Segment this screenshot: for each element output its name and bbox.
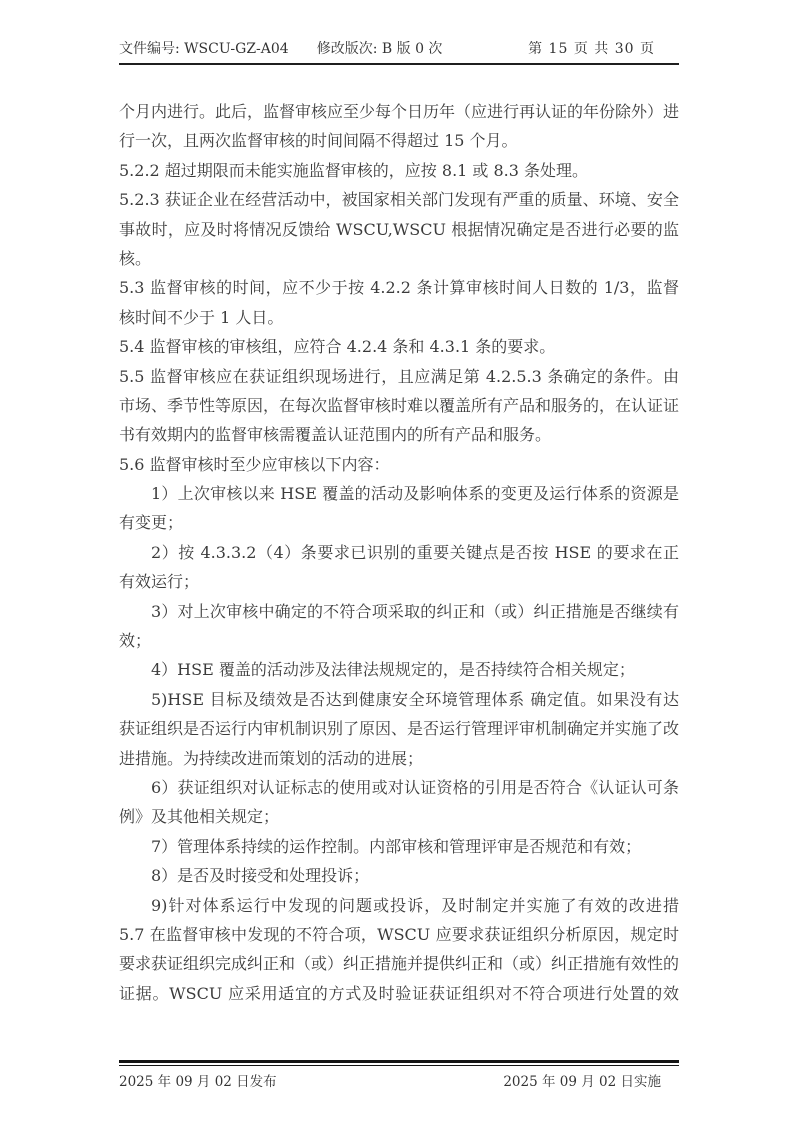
text-line: 获证组织是否运行内审机制识别了原因、是否运行管理评审机制确定并实施了改: [119, 714, 679, 743]
text-line: 8）是否及时接受和处理投诉；: [119, 861, 679, 890]
text-line: 5.3 监督审核的时间，应不少于按 4.2.2 条计算审核时间人日数的 1/3，…: [119, 273, 679, 302]
text-line: 书有效期内的监督审核需覆盖认证范围内的所有产品和服务。: [119, 420, 679, 449]
text-line: 5.4 监督审核的审核组，应符合 4.2.4 条和 4.3.1 条的要求。: [119, 332, 679, 361]
text-line: 1）上次审核以来 HSE 覆盖的活动及影响体系的变更及运行体系的资源是否: [119, 479, 679, 508]
text-line: 有效运行；: [119, 567, 679, 596]
text-line: 证据。WSCU 应采用适宜的方式及时验证获证组织对不符合项进行处置的效果。: [119, 979, 679, 1008]
text-line: 事故时，应及时将情况反馈给 WSCU,WSCU 根据情况确定是否进行必要的监督审: [119, 215, 679, 244]
release-date: 2025 年 09 月 02 日发布: [119, 1070, 277, 1090]
text-line: 5.7 在监督审核中发现的不符合项，WSCU 应要求获证组织分析原因，规定时限: [119, 920, 679, 949]
text-line: 5.2.2 超过期限而未能实施监督审核的，应按 8.1 或 8.3 条处理。: [119, 156, 679, 185]
text-line: 4）HSE 覆盖的活动涉及法律法规规定的，是否持续符合相关规定；: [119, 655, 679, 684]
text-line: 2）按 4.3.3.2（4）条要求已识别的重要关键点是否按 HSE 的要求在正常…: [119, 538, 679, 567]
page-header: 文件编号: WSCU-GZ-A04 修改版次: B 版 0 次 第 15 页 共…: [119, 38, 679, 58]
text-line: 5.5 监督审核应在获证组织现场进行，且应满足第 4.2.5.3 条确定的条件。…: [119, 362, 679, 391]
text-line: 9)针对体系运行中发现的问题或投诉，及时制定并实施了有效的改进措施。: [119, 891, 679, 920]
text-line: 5.2.3 获证企业在经营活动中，被国家相关部门发现有严重的质量、环境、安全: [119, 185, 679, 214]
text-line: 例》及其他相关规定；: [119, 802, 679, 831]
text-line: 7）管理体系持续的运作控制。内部审核和管理评审是否规范和有效；: [119, 832, 679, 861]
header-divider: [119, 63, 679, 65]
text-line: 6）获证组织对认证标志的使用或对认证资格的引用是否符合《认证认可条: [119, 773, 679, 802]
text-line: 5.6 监督审核时至少应审核以下内容：: [119, 450, 679, 479]
text-line: 核。: [119, 244, 679, 273]
text-line: 行一次，且两次监督审核的时间间隔不得超过 15 个月。: [119, 126, 679, 155]
page-indicator: 第 15 页 共 30 页: [528, 38, 655, 58]
text-line: 有变更；: [119, 508, 679, 537]
text-line: 核时间不少于 1 人日。: [119, 303, 679, 332]
footer-divider: [119, 1060, 679, 1066]
text-line: 进措施。为持续改进而策划的活动的进展；: [119, 744, 679, 773]
doc-number: 文件编号: WSCU-GZ-A04: [119, 38, 289, 58]
document-page: 文件编号: WSCU-GZ-A04 修改版次: B 版 0 次 第 15 页 共…: [0, 0, 794, 1123]
revision-number: 修改版次: B 版 0 次: [317, 38, 443, 58]
text-line: 要求获证组织完成纠正和（或）纠正措施并提供纠正和（或）纠正措施有效性的: [119, 949, 679, 978]
text-line: 个月内进行。此后，监督审核应至少每个日历年（应进行再认证的年份除外）进: [119, 97, 679, 126]
text-line: 效；: [119, 626, 679, 655]
document-body: 个月内进行。此后，监督审核应至少每个日历年（应进行再认证的年份除外）进 行一次，…: [119, 97, 679, 1008]
text-line: 5)HSE 目标及绩效是否达到健康安全环境管理体系 确定值。如果没有达到，: [119, 685, 679, 714]
text-line: 市场、季节性等原因，在每次监督审核时难以覆盖所有产品和服务的，在认证证: [119, 391, 679, 420]
text-line: 3）对上次审核中确定的不符合项采取的纠正和（或）纠正措施是否继续有: [119, 597, 679, 626]
implement-date: 2025 年 09 月 02 日实施: [503, 1070, 661, 1090]
page-footer: 2025 年 09 月 02 日发布 2025 年 09 月 02 日实施: [119, 1070, 679, 1090]
